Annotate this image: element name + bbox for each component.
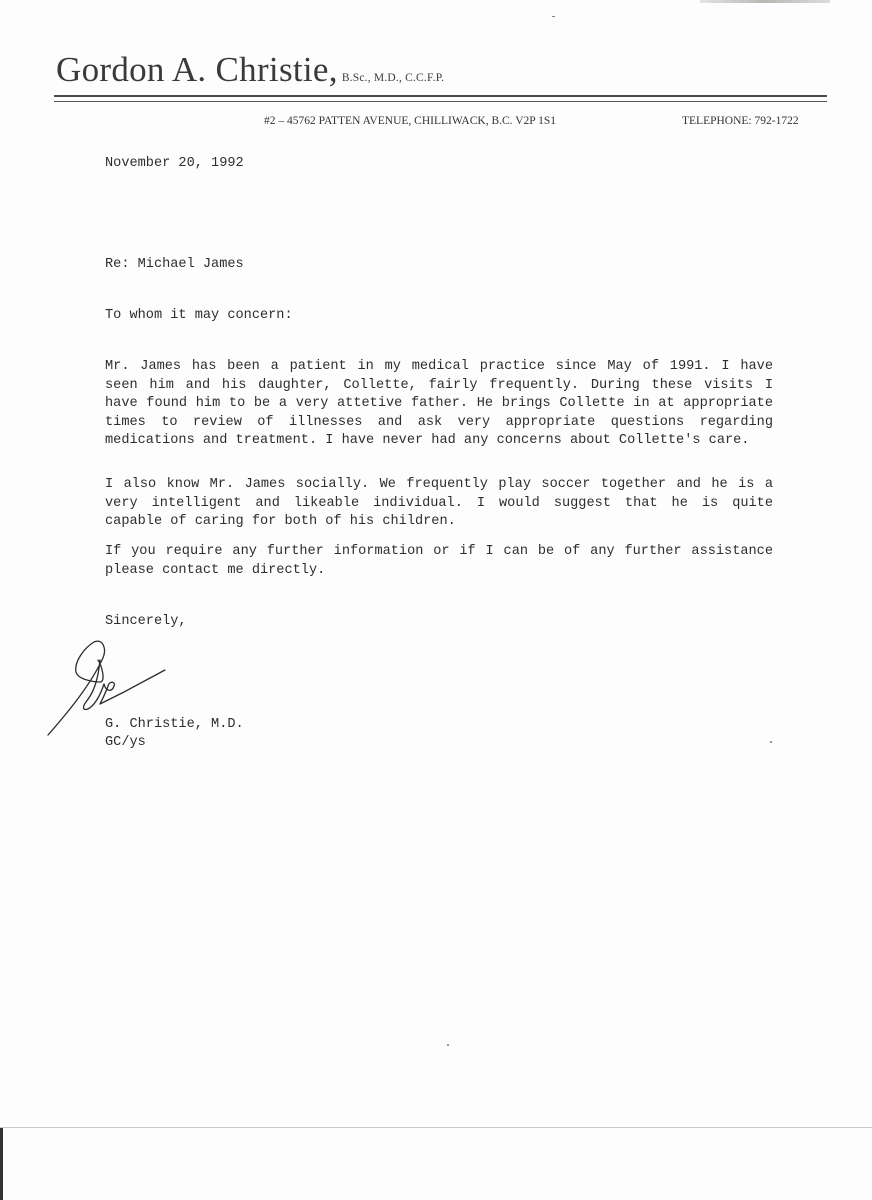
- physician-credentials: B.Sc., M.D., C.C.F.P.: [342, 72, 444, 84]
- signatory-name: G. Christie, M.D.: [105, 716, 244, 735]
- scan-speck: [770, 741, 772, 743]
- clinic-address: #2 – 45762 PATTEN AVENUE, CHILLIWACK, B.…: [264, 115, 556, 127]
- scan-artifact: [700, 0, 830, 3]
- letterhead-rule: [54, 95, 827, 97]
- letterhead-rule-thin: [54, 101, 827, 102]
- scan-speck: [552, 16, 555, 17]
- scan-left-edge: [0, 1128, 3, 1200]
- scan-speck: [447, 1044, 449, 1046]
- letterhead-header: Gordon A. Christie,B.Sc., M.D., C.C.F.P.: [56, 50, 444, 90]
- letter-paragraph-1: Mr. James has been a patient in my medic…: [105, 358, 773, 451]
- page-bottom-edge: [0, 1127, 872, 1128]
- physician-name: Gordon A. Christie,: [56, 50, 338, 89]
- letter-paragraph-2: I also know Mr. James socially. We frequ…: [105, 476, 773, 532]
- letter-paragraph-3: If you require any further information o…: [105, 543, 773, 580]
- reference-initials: GC/ys: [105, 734, 146, 753]
- letter-date: November 20, 1992: [105, 155, 244, 174]
- letter-salutation: To whom it may concern:: [105, 307, 293, 326]
- clinic-telephone: TELEPHONE: 792-1722: [682, 115, 799, 127]
- letter-closing: Sincerely,: [105, 613, 187, 632]
- letter-subject: Re: Michael James: [105, 256, 244, 275]
